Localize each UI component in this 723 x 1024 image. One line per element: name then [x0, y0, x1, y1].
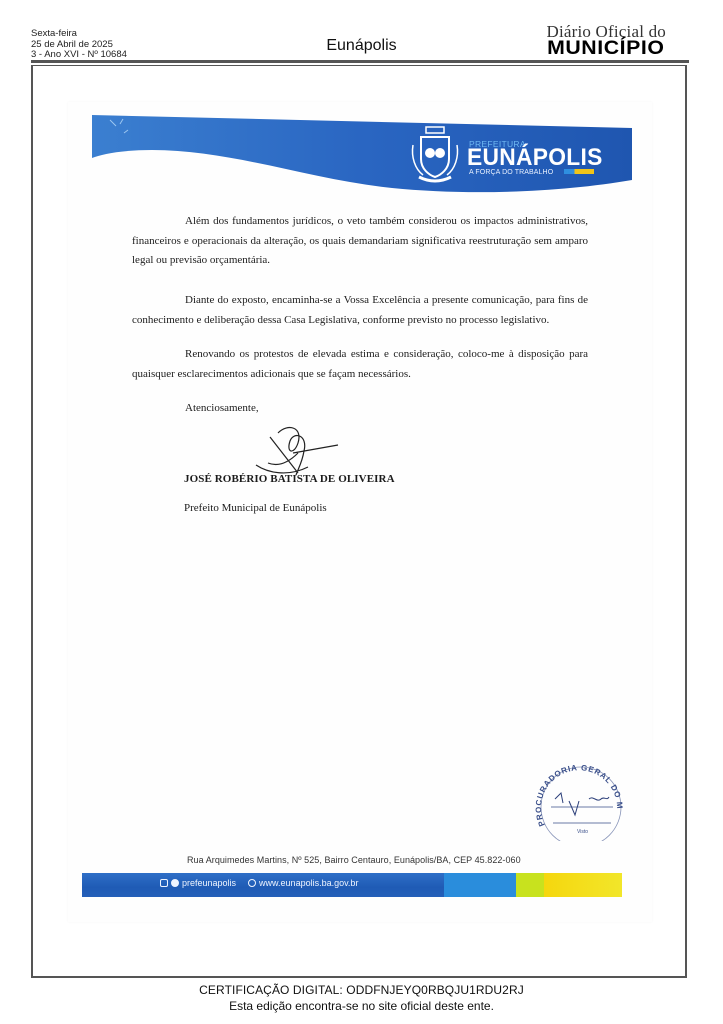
- social-handle: prefeunapolis: [182, 878, 236, 888]
- stamp-text: PROCURADORIA GERAL DO MUNICÍPIO: [531, 765, 624, 828]
- instagram-icon: [160, 879, 168, 887]
- stamp-label: Visto: [577, 829, 588, 835]
- publication-name-line2: MUNICÍPIO: [539, 40, 673, 58]
- procuradoria-stamp-icon: PROCURADORIA GERAL DO MUNICÍPIO Visto: [531, 765, 627, 841]
- globe-icon: [248, 879, 256, 887]
- signer-role: Prefeito Municipal de Eunápolis: [184, 502, 327, 514]
- svg-text:PROCURADORIA GERAL DO MUNICÍPI: PROCURADORIA GERAL DO MUNICÍPIO: [531, 765, 624, 828]
- slogan-color-bar: [564, 169, 594, 174]
- city-coat-of-arms-icon: [407, 125, 463, 185]
- official-site-note: Esta edição encontra-se no site oficial …: [0, 999, 723, 1013]
- signer-name: JOSÉ ROBÉRIO BATISTA DE OLIVEIRA: [184, 473, 395, 485]
- letter-address: Rua Arquimedes Martins, Nº 525, Bairro C…: [187, 855, 521, 865]
- letterhead-city-name: EUNÁPOLIS: [467, 144, 603, 172]
- header-divider: [31, 60, 689, 63]
- letter-footer-bar: prefeunapolis www.eunapolis.ba.gov.br: [82, 873, 622, 897]
- social-links: prefeunapolis www.eunapolis.ba.gov.br: [160, 878, 358, 888]
- facebook-icon: [171, 879, 179, 887]
- letter-closing: Atenciosamente,: [185, 402, 259, 414]
- website: www.eunapolis.ba.gov.br: [259, 878, 358, 888]
- letter-paragraph-3: Renovando os protestos de elevada estima…: [132, 345, 588, 384]
- letterhead-slogan: A FORÇA DO TRABALHO: [469, 169, 553, 176]
- digital-certification: CERTIFICAÇÃO DIGITAL: ODDFNJEYQ0RBQJU1RD…: [0, 983, 723, 997]
- publication-logo: Diário Oficial do MUNICÍPIO: [546, 23, 666, 58]
- letter-paragraph-2: Diante do exposto, encaminha-se a Vossa …: [132, 291, 588, 330]
- letter-paragraph-1: Além dos fundamentos jurídicos, o veto t…: [132, 212, 588, 271]
